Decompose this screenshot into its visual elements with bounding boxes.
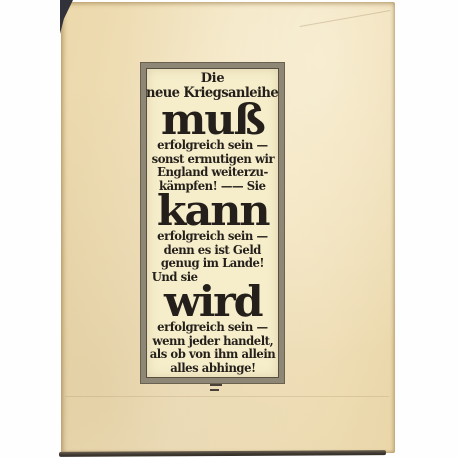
stanza2-line2: denn es ist Geld <box>164 243 261 257</box>
stanza3-line2: wenn jeder handelt, <box>152 334 273 348</box>
poster-paper: Die neue Kriegsanleihe muß erfolgreich s… <box>61 2 395 453</box>
stanza1-line1: erfolgreich sein — <box>157 138 267 152</box>
paper-crease-top-right <box>300 10 391 27</box>
photo-background: Die neue Kriegsanleihe muß erfolgreich s… <box>0 0 458 458</box>
big-word-wird: wird <box>164 283 262 320</box>
paper-top-left-corner-mark <box>60 0 73 34</box>
big-word-muss: muß <box>161 101 264 138</box>
text-placard-frame: Die neue Kriegsanleihe muß erfolgreich s… <box>141 63 284 383</box>
stanza3-line3: als ob von ihm allein <box>150 347 276 361</box>
stanza2-line1: erfolgreich sein — <box>157 229 267 243</box>
paper-crease-horizontal <box>65 396 389 397</box>
big-word-kann: kann <box>157 192 269 229</box>
stanza3-line4: alles abhinge! <box>170 361 255 375</box>
text-placard: Die neue Kriegsanleihe muß erfolgreich s… <box>146 68 279 378</box>
intro-line-1: Die <box>201 72 225 86</box>
printers-mark <box>210 384 222 391</box>
stanza1-line3: England weiterzu- <box>157 165 268 179</box>
stanza2-line3: genug im Lande! <box>161 256 264 270</box>
stanza3-line1: erfolgreich sein — <box>157 320 267 334</box>
stanza1-line2: sonst ermutigen wir <box>151 152 274 166</box>
paper-bottom-edge-shadow <box>59 450 386 457</box>
